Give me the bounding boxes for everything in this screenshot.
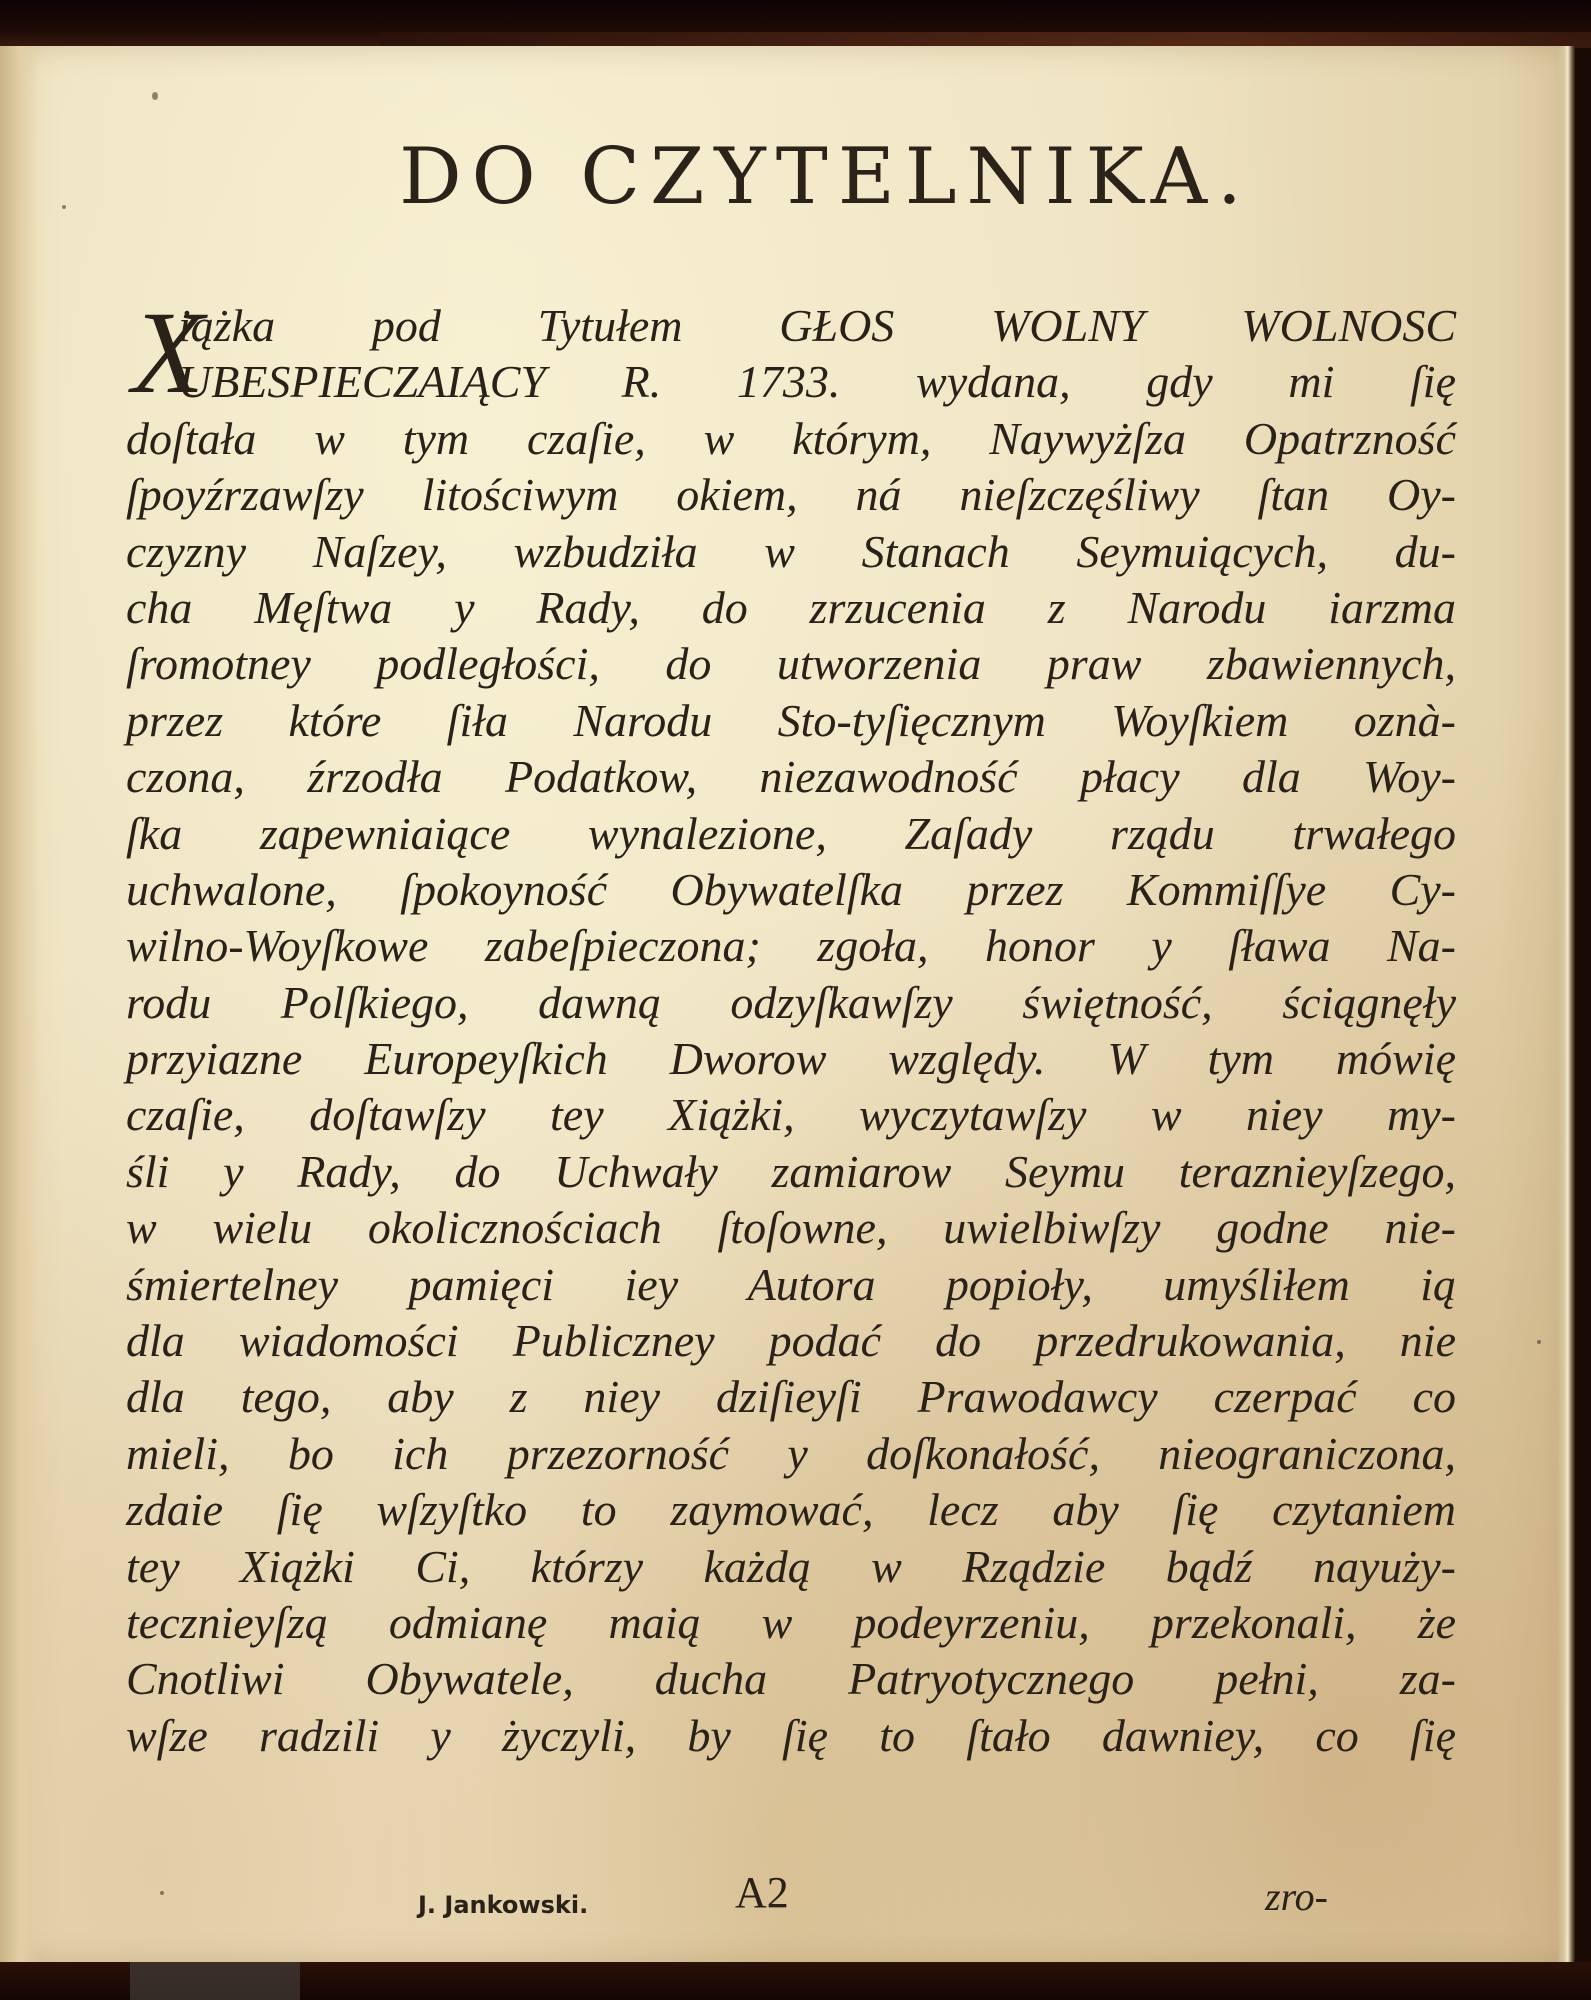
book-top-edge	[0, 0, 1591, 48]
book-bottom-edge	[0, 1962, 1591, 2000]
text-line: iążka pod Tytułem GŁOS WOLNY WOLNOSC	[126, 298, 1456, 354]
page-title: DO CZYTELNIKA.	[0, 138, 1591, 216]
text-line: przez które ſiła Narodu Sto-tyſięcznym W…	[126, 693, 1456, 749]
text-line: wilno-Woyſkowe zabeſpieczona; zgoła, hon…	[126, 918, 1456, 974]
text-line: zdaie ſię wſzyſtko to zaymować, lecz aby…	[126, 1482, 1456, 1538]
text-line: ſpoyźrzawſzy litościwym okiem, ná nieſzc…	[126, 467, 1456, 523]
catchword: zro-	[1265, 1873, 1328, 1920]
text-line: czaſie, doſtawſzy tey Xiążki, wyczytawſz…	[126, 1087, 1456, 1143]
text-line: doſtała w tym czaſie, w którym, Naywyżſz…	[126, 411, 1456, 467]
text-line: ſromotney podległości, do utworzenia pra…	[126, 636, 1456, 692]
text-line: czona, źrzodła Podatkow, niezawodność pł…	[126, 749, 1456, 805]
text-line: w wielu okolicznościach ſtoſowne, uwielb…	[126, 1200, 1456, 1256]
text-line: czyzny Naſzey, wzbudziła w Stanach Seymu…	[126, 524, 1456, 580]
printer-stamp: J. Jankowski.	[418, 1891, 588, 1919]
text-line: tey Xiążki Ci, którzy każdą w Rządzie bą…	[126, 1539, 1456, 1595]
text-line: uchwalone, ſpokoyność Obywatelſka przez …	[126, 862, 1456, 918]
ink-speck	[62, 205, 66, 209]
text-line: UBESPIECZAIĄCY R. 1733. wydana, gdy mi ſ…	[126, 354, 1456, 410]
page-footer: J. Jankowski. A2 zro-	[0, 1867, 1591, 1917]
page-gutter	[0, 46, 40, 1964]
signature-mark: A2	[735, 1867, 789, 1918]
text-line: Cnotliwi Obywatele, ducha Patryotycznego…	[126, 1651, 1456, 1707]
text-line: śli y Rady, do Uchwały zamiarow Seymu te…	[126, 1144, 1456, 1200]
text-line: przyiazne Europeyſkich Dworow względy. W…	[126, 1031, 1456, 1087]
text-line: ſka zapewniaiące wynalezione, Zaſady rzą…	[126, 806, 1456, 862]
text-line: wſze radzili y życzyli, by ſię to ſtało …	[126, 1708, 1456, 1764]
text-line: cha Męſtwa y Rady, do zrzucenia z Narodu…	[126, 580, 1456, 636]
page-fore-edge	[1557, 46, 1575, 1964]
ink-speck	[152, 92, 158, 100]
text-line: dla wiadomości Publiczney podać do przed…	[126, 1313, 1456, 1369]
ink-speck	[160, 1891, 164, 1895]
text-line: mieli, bo ich przezorność y doſkonałość,…	[126, 1426, 1456, 1482]
text-line: dla tego, aby z niey dziſieyſi Prawodawc…	[126, 1369, 1456, 1425]
body-text: iążka pod Tytułem GŁOS WOLNY WOLNOSC UBE…	[126, 298, 1456, 1764]
text-line: śmiertelney pamięci iey Autora popioły, …	[126, 1257, 1456, 1313]
ink-speck	[1537, 1340, 1541, 1344]
text-line: rodu Polſkiego, dawną odzyſkawſzy świętn…	[126, 975, 1456, 1031]
text-line: tecznieyſzą odmianę maią w podeyrzeniu, …	[126, 1595, 1456, 1651]
